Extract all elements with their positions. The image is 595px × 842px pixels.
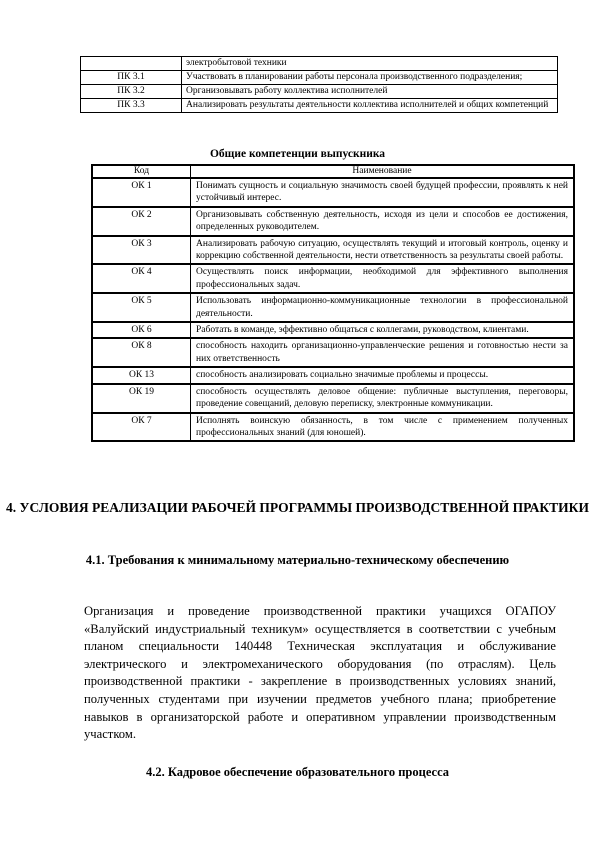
section-4-1-paragraph: Организация и проведение производственно… — [84, 603, 556, 744]
competency-description: способность осуществлять деловое общение… — [191, 384, 575, 413]
table-row: ОК 8способность находить организационно-… — [92, 338, 574, 367]
competency-description: Организовывать работу коллектива исполни… — [182, 85, 558, 99]
competency-code: ОК 13 — [92, 367, 191, 383]
section-4-title: 4. УСЛОВИЯ РЕАЛИЗАЦИИ РАБОЧЕЙ ПРОГРАММЫ … — [0, 499, 595, 516]
table-row: электробытовой техники — [81, 57, 558, 71]
general-competencies-title: Общие компетенции выпускника — [0, 148, 595, 160]
competency-code: ОК 3 — [92, 236, 191, 265]
competency-code: ОК 6 — [92, 322, 191, 338]
table-row: ОК 4Осуществлять поиск информации, необх… — [92, 264, 574, 293]
table-row: ОК 2Организовывать собственную деятельно… — [92, 207, 574, 236]
table-row: ОК 7Исполнять воинскую обязанность, в то… — [92, 413, 574, 442]
competency-description: электробытовой техники — [182, 57, 558, 71]
competency-code: ОК 1 — [92, 178, 191, 207]
table-row: ОК 13способность анализировать социально… — [92, 367, 574, 383]
competency-description: Анализировать результаты деятельности ко… — [182, 99, 558, 113]
general-competencies-table: Код Наименование ОК 1Понимать сущность и… — [91, 164, 575, 442]
competency-code: ОК 19 — [92, 384, 191, 413]
table-row: ОК 6Работать в команде, эффективно общат… — [92, 322, 574, 338]
competency-description: Организовывать собственную деятельность,… — [191, 207, 575, 236]
competency-code: ОК 5 — [92, 293, 191, 322]
table-row: ПК 3.1Участвовать в планировании работы … — [81, 71, 558, 85]
table-row: ПК 3.3Анализировать результаты деятельно… — [81, 99, 558, 113]
professional-competencies-table: электробытовой техникиПК 3.1Участвовать … — [80, 56, 558, 113]
competency-code: ПК 3.2 — [81, 85, 182, 99]
section-4-2-title: 4.2. Кадровое обеспечение образовательно… — [0, 764, 595, 780]
table-header-row: Код Наименование — [92, 165, 574, 178]
competency-code: ПК 3.3 — [81, 99, 182, 113]
column-header-code: Код — [92, 165, 191, 178]
competency-description: Работать в команде, эффективно общаться … — [191, 322, 575, 338]
competency-description: Осуществлять поиск информации, необходим… — [191, 264, 575, 293]
table-row: ОК 3Анализировать рабочую ситуацию, осущ… — [92, 236, 574, 265]
competency-description: Понимать сущность и социальную значимост… — [191, 178, 575, 207]
competency-code: ПК 3.1 — [81, 71, 182, 85]
competency-code — [81, 57, 182, 71]
competency-code: ОК 4 — [92, 264, 191, 293]
table-row: ОК 5Использовать информационно-коммуника… — [92, 293, 574, 322]
competency-description: способность находить организационно-упра… — [191, 338, 575, 367]
competency-description: способность анализировать социально знач… — [191, 367, 575, 383]
competency-description: Анализировать рабочую ситуацию, осуществ… — [191, 236, 575, 265]
column-header-name: Наименование — [191, 165, 575, 178]
competency-description: Исполнять воинскую обязанность, в том чи… — [191, 413, 575, 442]
table-row: ОК 19способность осуществлять деловое об… — [92, 384, 574, 413]
section-4-1-title: 4.1. Требования к минимальному материаль… — [0, 551, 595, 569]
competency-code: ОК 8 — [92, 338, 191, 367]
table-row: ПК 3.2Организовывать работу коллектива и… — [81, 85, 558, 99]
table-row: ОК 1Понимать сущность и социальную значи… — [92, 178, 574, 207]
competency-code: ОК 2 — [92, 207, 191, 236]
competency-description: Использовать информационно-коммуникацион… — [191, 293, 575, 322]
competency-description: Участвовать в планировании работы персон… — [182, 71, 558, 85]
competency-code: ОК 7 — [92, 413, 191, 442]
